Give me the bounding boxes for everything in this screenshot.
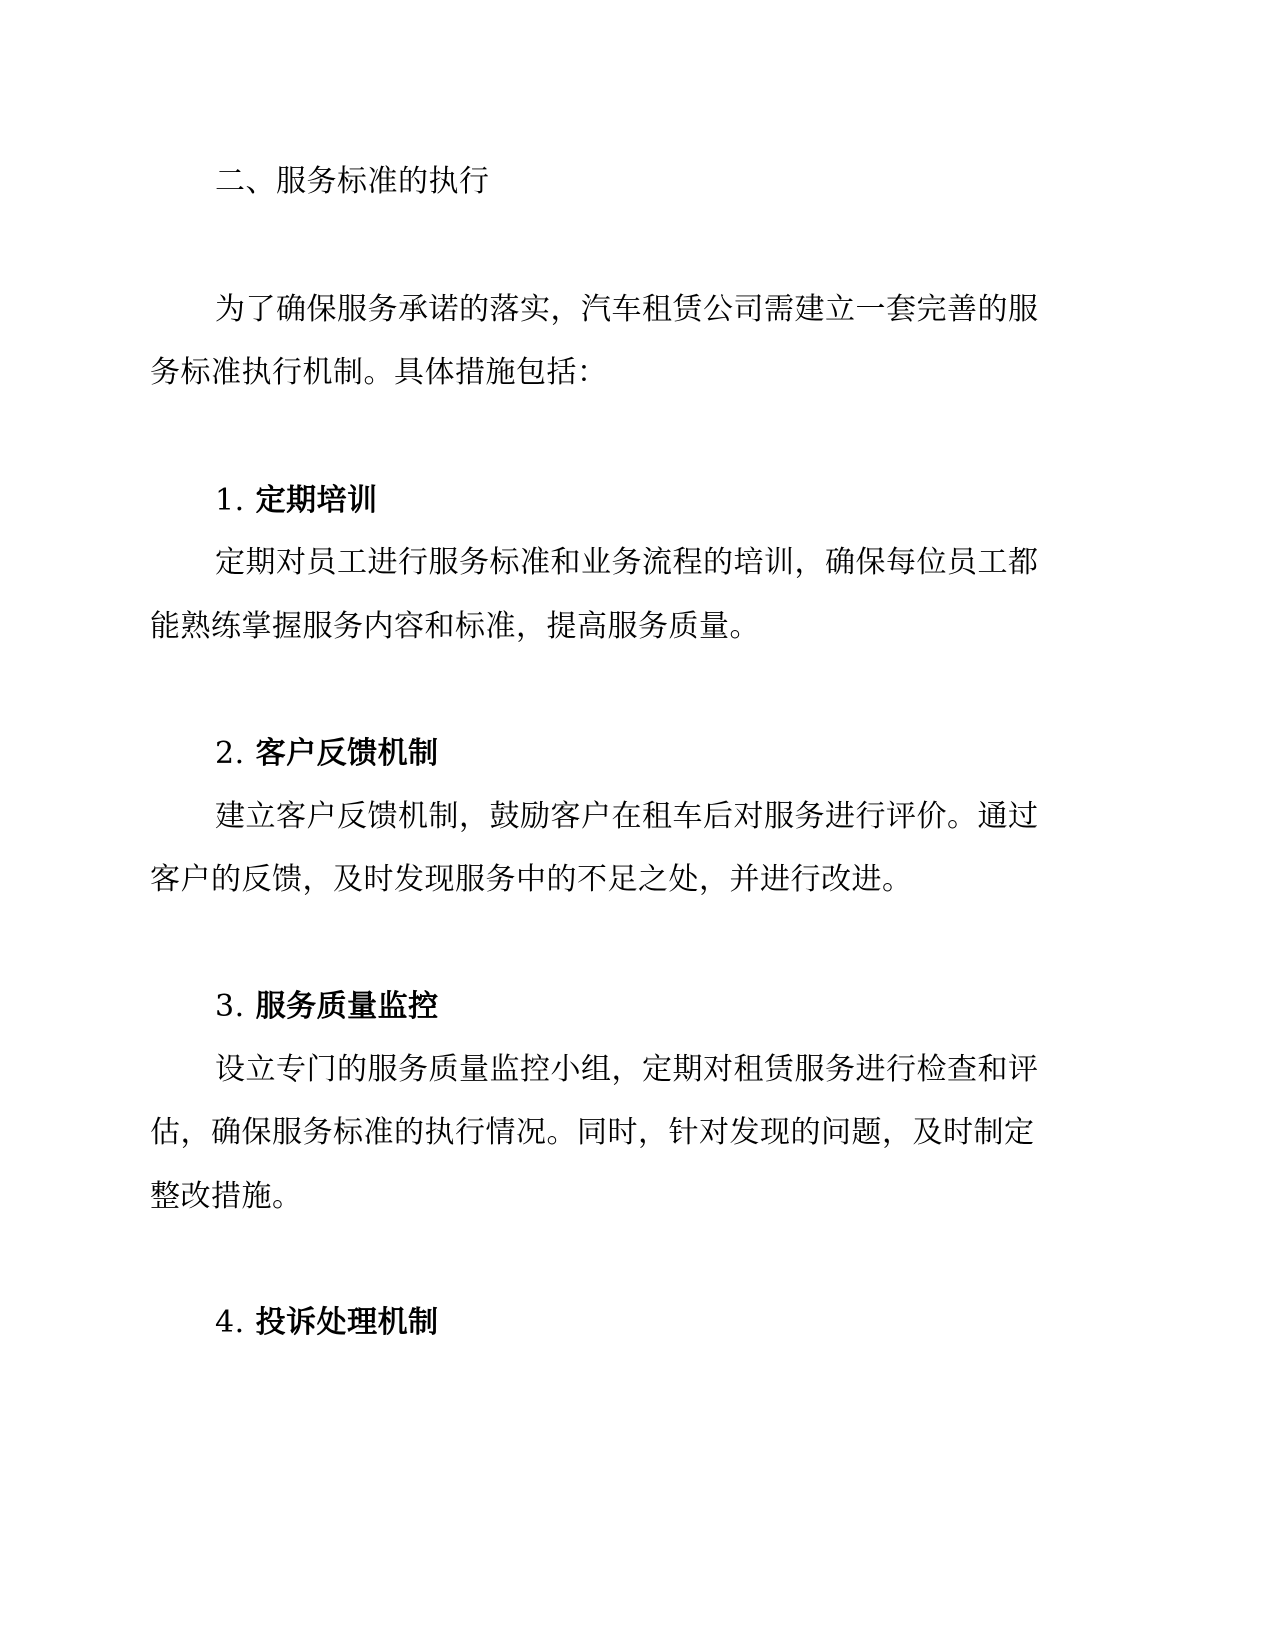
- item-1-number: 1.: [215, 483, 245, 518]
- item-3-line-3: 整改措施。: [150, 1177, 1110, 1217]
- item-1-heading: 1. 定期培训: [215, 481, 1175, 521]
- intro-line-2: 务标准执行机制。具体措施包括：: [150, 353, 1110, 393]
- item-3-title: 服务质量监控: [256, 989, 439, 1024]
- item-3-line-2: 估，确保服务标准的执行情况。同时，针对发现的问题，及时制定: [150, 1113, 1110, 1153]
- item-1-title: 定期培训: [256, 483, 378, 518]
- section-title: 二、服务标准的执行: [215, 162, 1175, 202]
- item-2-title: 客户反馈机制: [256, 736, 439, 771]
- document-page: 二、服务标准的执行 为了确保服务承诺的落实，汽车租赁公司需建立一套完善的服 务标…: [0, 0, 1275, 1650]
- item-2-line-2: 客户的反馈，及时发现服务中的不足之处，并进行改进。: [150, 860, 1110, 900]
- item-3-number: 3.: [215, 989, 245, 1024]
- item-1-line-2: 能熟练掌握服务内容和标准，提高服务质量。: [150, 607, 1110, 647]
- item-2-number: 2.: [215, 736, 245, 771]
- item-3-line-1: 设立专门的服务质量监控小组，定期对租赁服务进行检查和评: [215, 1050, 1175, 1090]
- item-4-number: 4.: [215, 1305, 245, 1340]
- item-4-heading: 4. 投诉处理机制: [215, 1303, 1175, 1343]
- item-2-line-1: 建立客户反馈机制，鼓励客户在租车后对服务进行评价。通过: [215, 797, 1175, 837]
- item-4-title: 投诉处理机制: [256, 1305, 439, 1340]
- item-3-heading: 3. 服务质量监控: [215, 987, 1175, 1027]
- item-2-heading: 2. 客户反馈机制: [215, 734, 1175, 774]
- item-1-line-1: 定期对员工进行服务标准和业务流程的培训，确保每位员工都: [215, 543, 1175, 583]
- intro-line-1: 为了确保服务承诺的落实，汽车租赁公司需建立一套完善的服: [215, 290, 1175, 330]
